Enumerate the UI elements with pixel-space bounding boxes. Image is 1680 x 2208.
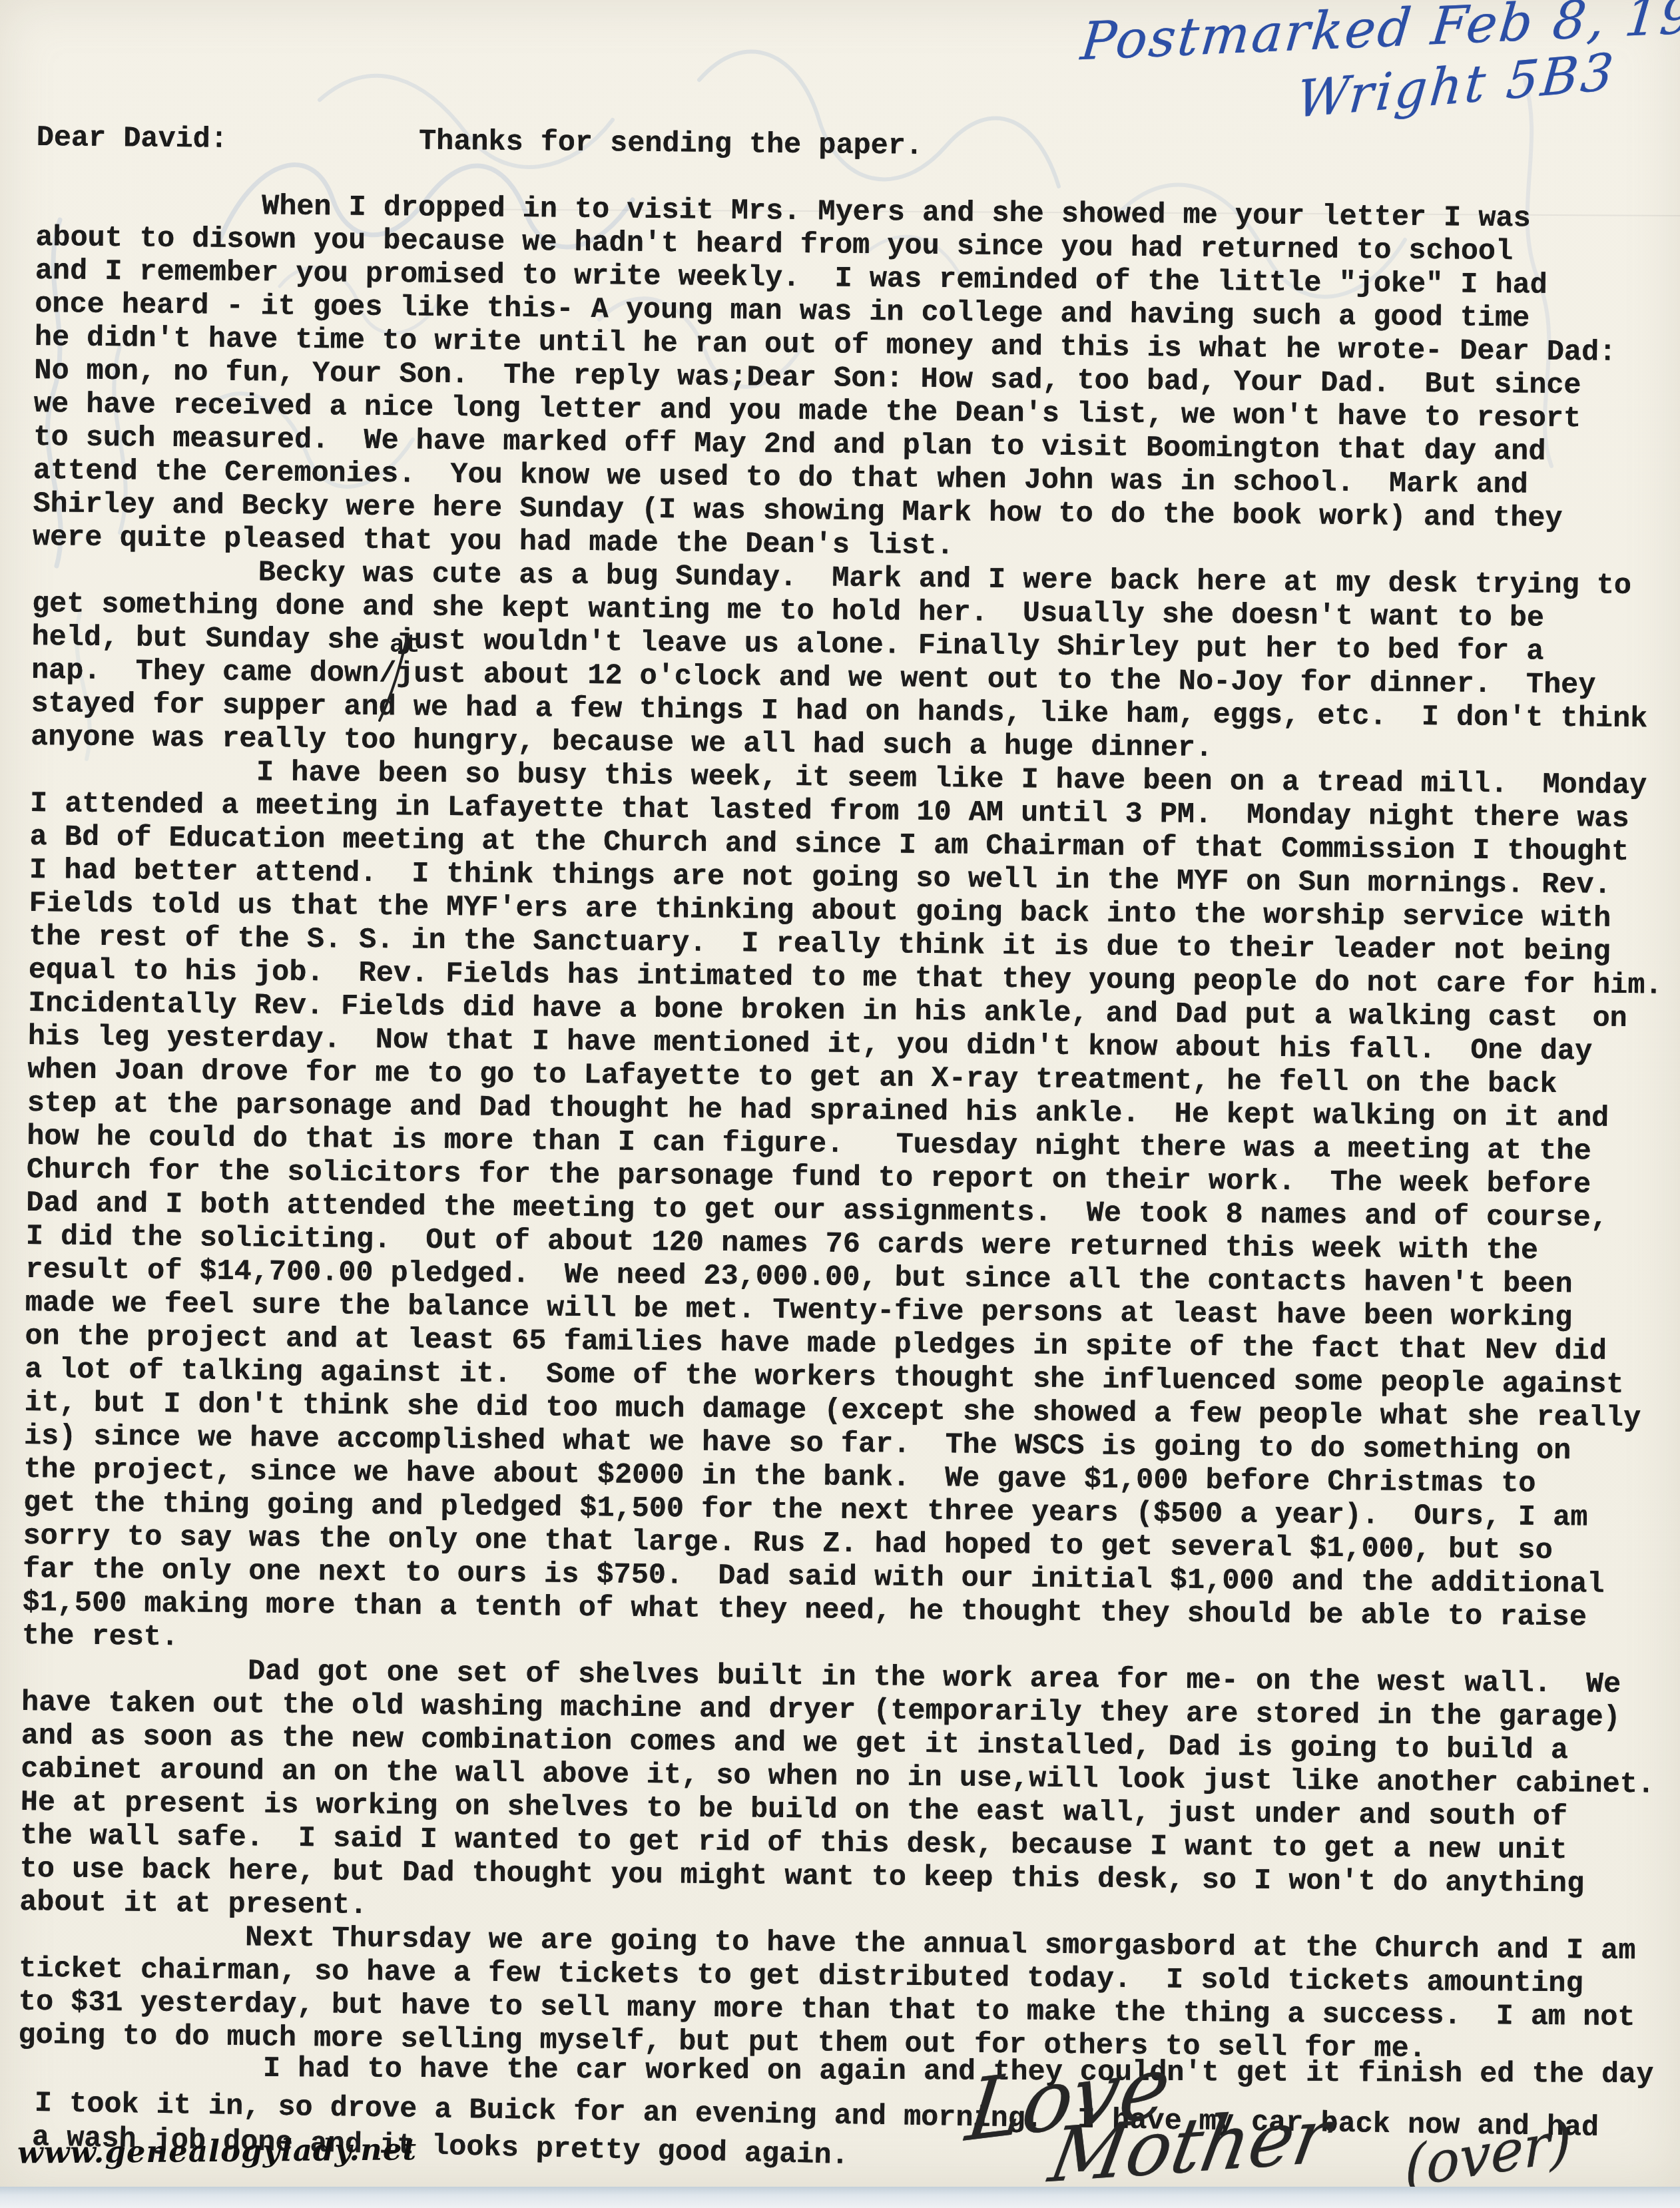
closing-line: I had to have the car worked on again an…	[263, 2053, 1654, 2092]
scanned-letter-page: { "annotations": { "postmark": "Postmark…	[0, 0, 1680, 2208]
watermark-url: www.genealogylady.net	[17, 2131, 418, 2170]
insertion-mark-at: at	[390, 631, 420, 660]
typed-letter-body: Dear David: Thanks for sending the paper…	[18, 122, 1671, 2068]
scanner-bed-background	[0, 2187, 1680, 2208]
letter-paper: Postmarked Feb 8, 1962 Wright 5B3 Dear D…	[0, 0, 1680, 2187]
